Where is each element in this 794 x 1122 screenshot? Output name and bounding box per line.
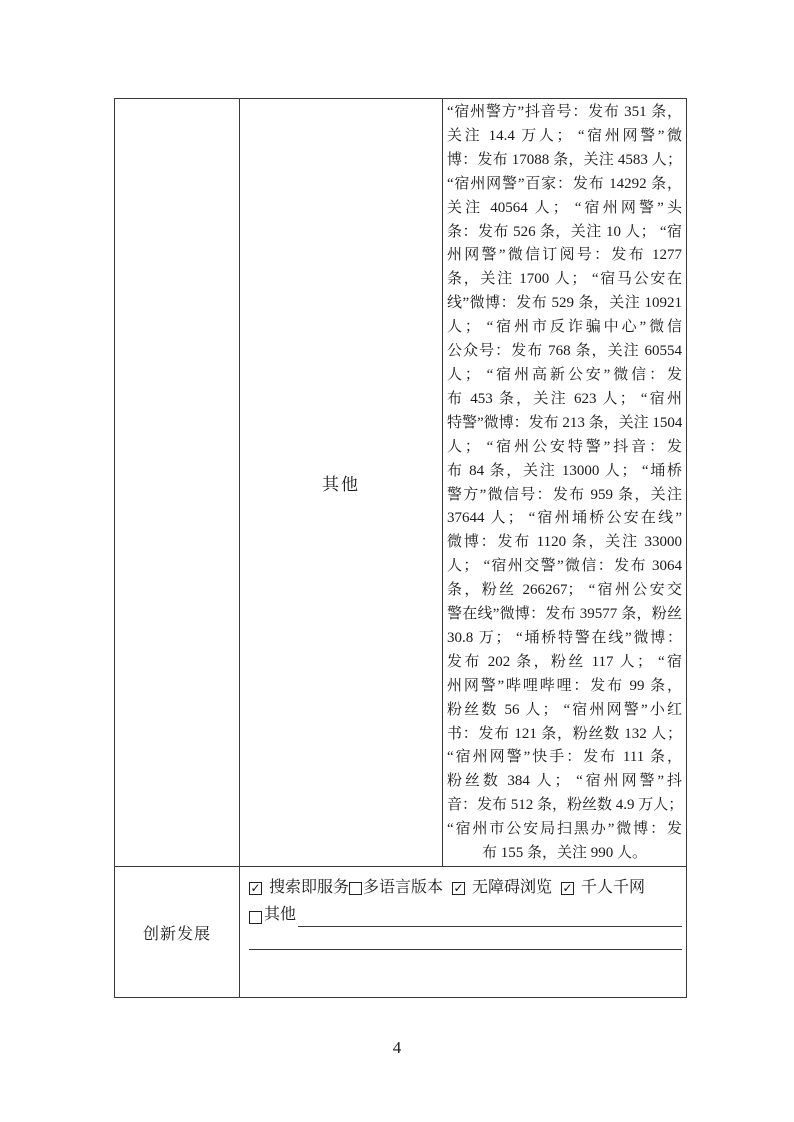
text-line: 微博：发布 1120 条，关注 33000: [447, 531, 682, 555]
text-line: 人； “宿州高新公安”微信：发: [447, 364, 682, 388]
text-line: 书：发布 121 条，粉丝数 132 人；: [447, 723, 682, 747]
other-label-text: 其他: [322, 470, 360, 495]
checkbox-search-as-service[interactable]: ✓: [249, 882, 262, 895]
text-line: “宿州网警”快手：发布 111 条，: [447, 746, 682, 770]
text-line: 警方”微信号：发布 959 条，关注: [447, 484, 682, 508]
innovation-options-row: ✓ 搜索即服务 多语言版本 ✓ 无障碍浏览 ✓ 千人千网: [249, 876, 682, 900]
text-line: 关注 14.4 万人； “宿州网警”微: [447, 125, 682, 149]
option-multilingual: 多语言版本: [349, 876, 443, 900]
innovation-other-row: 其他: [249, 903, 682, 927]
text-line: 警在线”微博：发布 39577 条，粉丝: [447, 603, 682, 627]
text-line: 发布 202 条，粉丝 117 人； “宿: [447, 651, 682, 675]
other-option-label: 其他: [264, 903, 296, 927]
text-line: 关注 40564 人； “宿州网警”头: [447, 197, 682, 221]
text-line: 人； “宿州公安特警”抖音：发: [447, 436, 682, 460]
checkbox-accessible-browsing[interactable]: ✓: [452, 882, 465, 895]
text-line: 37644 人； “宿州埇桥公安在线”: [447, 507, 682, 531]
document-page: 其他 “宿州警方”抖音号：发布 351 条，关注 14.4 万人； “宿州网警”…: [0, 0, 794, 1122]
option-label: 千人千网: [581, 876, 645, 900]
text-line: 条，关注 1700 人； “宿马公安在: [447, 268, 682, 292]
text-line: 人； “宿州交警”微信：发布 3064: [447, 555, 682, 579]
text-line: 30.8 万； “埇桥特警在线”微博：: [447, 627, 682, 651]
option-label: 搜索即服务: [269, 876, 349, 900]
option-label: 无障碍浏览: [472, 876, 552, 900]
option-personalized-web: ✓ 千人千网: [561, 876, 645, 900]
page-number: 4: [0, 1038, 794, 1058]
other-account-text: “宿州警方”抖音号：发布 351 条，关注 14.4 万人； “宿州网警”微博：…: [443, 99, 686, 867]
empty-cell: [115, 99, 240, 867]
text-line: “宿州网警”百家：发布 14292 条，: [447, 173, 682, 197]
innovation-cell: ✓ 搜索即服务 多语言版本 ✓ 无障碍浏览 ✓ 千人千网 其他: [240, 867, 686, 997]
text-line: 特警”微博：发布 213 条，关注 1504: [447, 412, 682, 436]
row-label-other: 其他: [240, 99, 443, 867]
checkbox-multilingual[interactable]: [349, 882, 362, 895]
text-line: 布 453 条，关注 623 人； “宿州: [447, 388, 682, 412]
text-line: 条，粉丝 266267； “宿州公安交: [447, 579, 682, 603]
option-accessible-browsing: ✓ 无障碍浏览: [452, 876, 552, 900]
text-line: 州网警”哔哩哔哩：发布 99 条，: [447, 675, 682, 699]
text-line: 布 84 条，关注 13000 人； “埇桥: [447, 460, 682, 484]
fill-in-blank-line-2[interactable]: [249, 927, 682, 950]
fill-in-blank-line-1[interactable]: [298, 907, 682, 927]
text-line: “宿州市公安局扫黑办”微博：发: [447, 818, 682, 842]
text-line: 粉丝数 56 人； “宿州网警”小红: [447, 699, 682, 723]
text-line: 博：发布 17088 条，关注 4583 人；: [447, 149, 682, 173]
text-line: 州网警”微信订阅号：发布 1277: [447, 244, 682, 268]
text-line: 人； “宿州市反诈骗中心”微信: [447, 316, 682, 340]
row-label-innovation: 创新发展: [115, 867, 240, 997]
text-line: “宿州警方”抖音号：发布 351 条，: [447, 101, 682, 125]
option-label: 多语言版本: [363, 876, 443, 900]
text-line: 布 155 条，关注 990 人。: [447, 842, 682, 866]
text-line: 粉丝数 384 人； “宿州网警”抖: [447, 770, 682, 794]
checkbox-personalized-web[interactable]: ✓: [561, 882, 574, 895]
text-line: 公众号：发布 768 条，关注 60554: [447, 340, 682, 364]
checkbox-other[interactable]: [249, 911, 262, 924]
innovation-label-text: 创新发展: [143, 921, 211, 944]
option-search-as-service: ✓ 搜索即服务: [249, 876, 349, 900]
form-table: 其他 “宿州警方”抖音号：发布 351 条，关注 14.4 万人； “宿州网警”…: [114, 98, 687, 998]
text-line: 线”微博：发布 529 条，关注 10921: [447, 292, 682, 316]
text-line: 音：发布 512 条，粉丝数 4.9 万人；: [447, 794, 682, 818]
text-line: 条：发布 526 条，关注 10 人； “宿: [447, 221, 682, 245]
